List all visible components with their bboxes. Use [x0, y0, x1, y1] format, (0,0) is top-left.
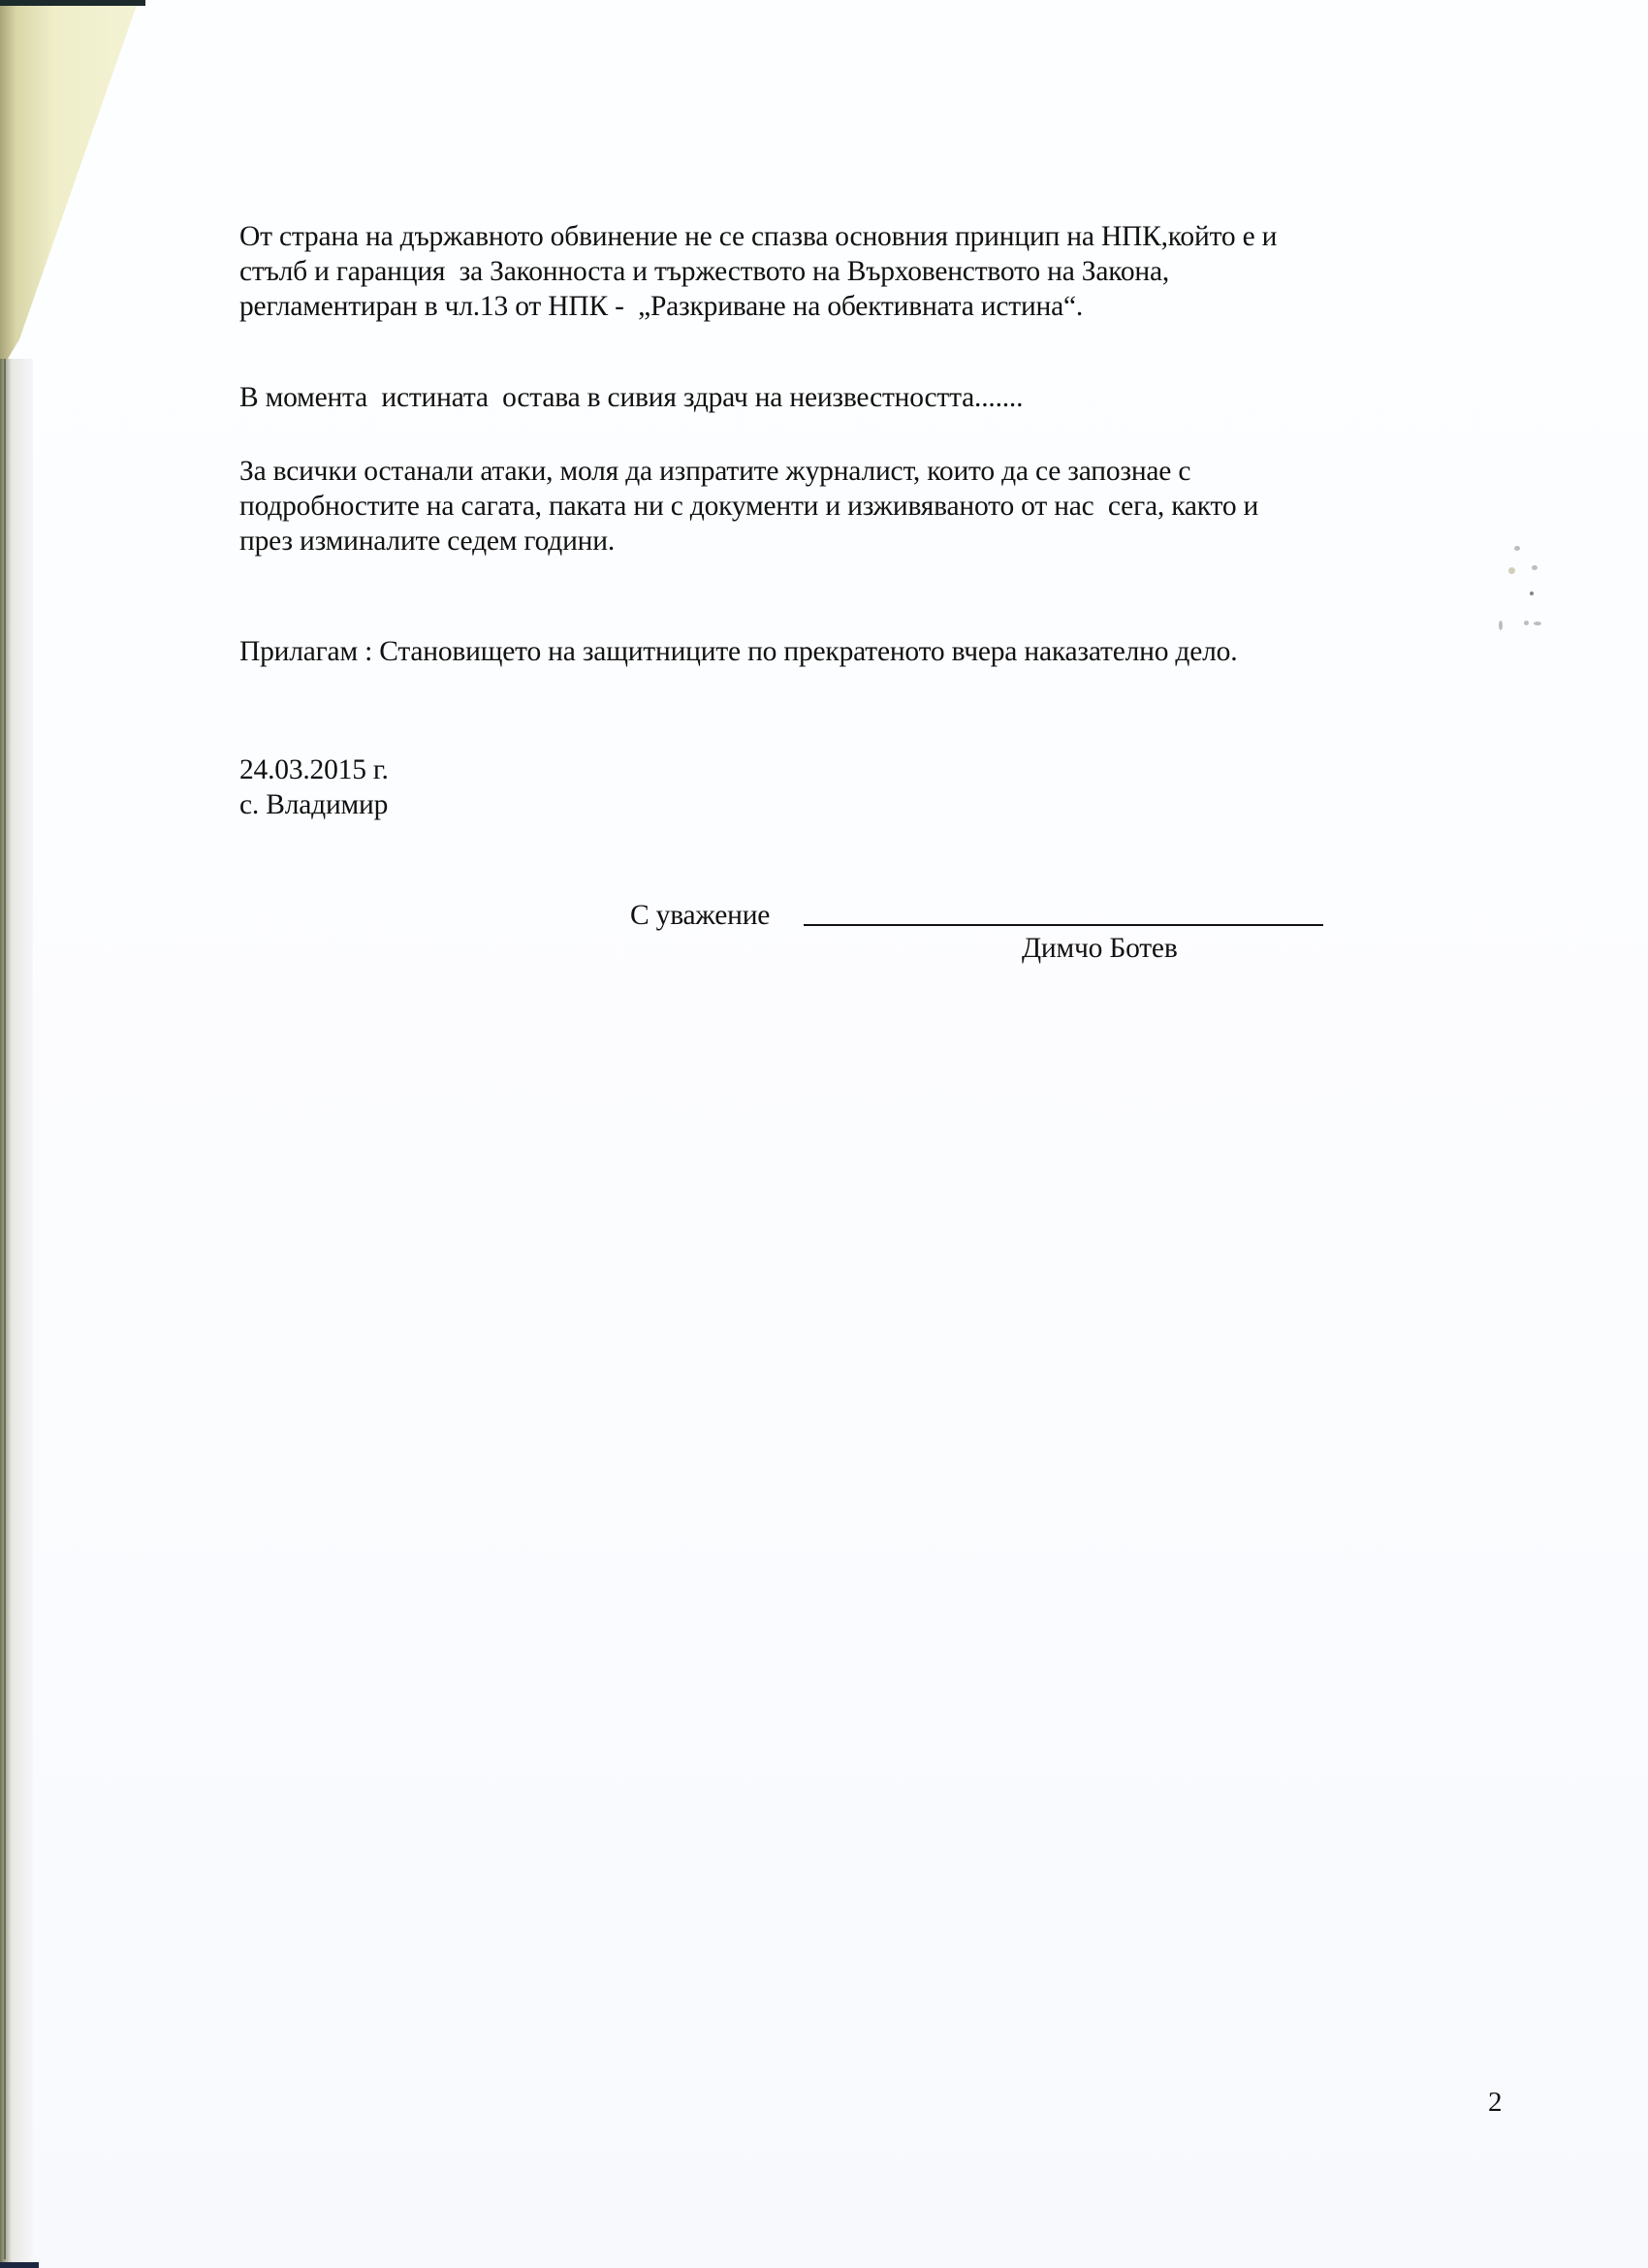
body-text-line: От страна на държавното обвинение не се … [239, 219, 1277, 254]
page-number: 2 [1488, 2086, 1503, 2119]
body-text-line: през изминалите седем години. [239, 524, 615, 559]
scan-edge-top [0, 0, 145, 6]
signature-line [804, 924, 1323, 926]
body-text-line: подробностите на сагата, паката ни с док… [239, 489, 1258, 524]
scanned-page: От страна на държавното обвинение не се … [0, 0, 1648, 2268]
body-text-line: За всички останали атаки, моля да изпрат… [239, 454, 1190, 489]
signatory-name: Димчо Ботев [1022, 931, 1178, 966]
scan-edge-line [4, 359, 6, 2259]
folded-page-corner [0, 0, 136, 359]
document-date: 24.03.2015 г. [239, 752, 389, 787]
closing-salutation: С уважение [630, 898, 770, 933]
body-text-line: стълб и гаранция за Законноста и тържест… [239, 254, 1169, 289]
body-text-line: В момента истината остава в сивия здрач … [239, 380, 1023, 415]
document-place: с. Владимир [239, 787, 388, 822]
attachment-note: Прилагам : Становището на защитниците по… [239, 634, 1237, 669]
scan-edge-bottom [0, 2262, 39, 2268]
scan-specks [1493, 538, 1590, 655]
body-text-line: регламентиран в чл.13 от НПК - „Разкрива… [239, 289, 1083, 324]
